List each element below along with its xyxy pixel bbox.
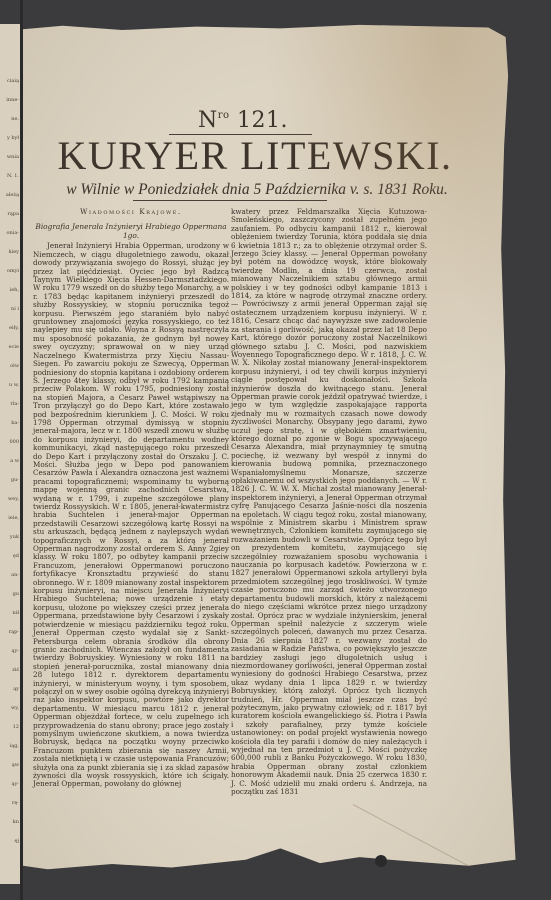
article-title: Biografia Jenerała Inżynieryi Hrabiego O…	[33, 222, 229, 240]
issue-number: Nro 121.	[23, 108, 463, 133]
adjacent-page-text-fragment: ąy	[1, 686, 19, 694]
adjacent-page-text-fragment: 12	[1, 724, 19, 732]
issue-suffix: ro	[218, 110, 230, 121]
issue-prefix: N	[198, 108, 218, 133]
adjacent-page-text-fragment: ka-	[1, 420, 19, 428]
adjacent-page-text-fragment: ąy-	[1, 781, 19, 789]
adjacent-page-text-fragment: ieie,	[1, 515, 19, 523]
paper-hole	[375, 855, 387, 867]
adjacent-page-text-fragment: omyi	[1, 268, 19, 276]
adjacent-page-text-fragment: ąy-	[1, 648, 19, 656]
adjacent-page-text-fragment: y był	[1, 135, 19, 143]
adjacent-page-text-fragment: ależą	[1, 192, 19, 200]
adjacent-page-text-fragment: ciaią	[1, 78, 19, 86]
newspaper-page: Nro 121. KURYER LITEWSKI. w Wilnie w Pon…	[23, 24, 518, 890]
adjacent-page-text-fragment: N. 1.	[1, 173, 19, 181]
adjacent-page-text-fragment: wey,	[1, 496, 19, 504]
adjacent-page-text-fragment: gu	[1, 591, 19, 599]
adjacent-page-text-fragment: nił	[1, 610, 19, 618]
adjacent-page-text-fragment: rąp-	[1, 629, 19, 637]
dateline: w Wilnie w Poniedziałek dnia 5 Październ…	[37, 181, 477, 199]
left-column: Wiadomości Krajowe. Biografia Jenerała I…	[33, 208, 229, 789]
adjacent-page-text-fragment: ne.	[1, 116, 19, 124]
adjacent-page-text-fragment: rąpa	[1, 211, 19, 219]
adjacent-page-text-fragment: inne-	[1, 97, 19, 105]
adjacent-page-text-fragment: ąw	[1, 762, 19, 770]
adjacent-page-text-fragment: ęd	[1, 553, 19, 561]
issue-number-value: 121.	[237, 108, 288, 133]
adjacent-page-text-fragment: rę-	[1, 800, 19, 808]
adjacent-page-text-fragment: wnia	[1, 154, 19, 162]
adjacent-page-text-fragment: ziś	[1, 667, 19, 675]
adjacent-page-text-fragment: olw	[1, 363, 19, 371]
adjacent-page-text-fragment: kn	[1, 819, 19, 827]
adjacent-page-text-fragment: wy,	[1, 705, 19, 713]
adjacent-page-text-fragment: yuk	[1, 534, 19, 542]
page-gutter-divider	[20, 0, 23, 900]
adjacent-page-edge: ciaiąinne-ne.y byłwniaN. 1.ależąrąpaonia…	[0, 24, 20, 884]
adjacent-page-text-fragment: ieh,	[1, 287, 19, 295]
adjacent-page-text-fragment: u w,	[1, 382, 19, 390]
newspaper-title: KURYER LITEWSKI.	[45, 132, 465, 179]
adjacent-page-text-fragment: kiey	[1, 249, 19, 257]
adjacent-page-text-fragment: onia-	[1, 230, 19, 238]
adjacent-page-text-fragment: gu-	[1, 477, 19, 485]
article-body-left: Jenerał Inżynieryi Hrabia Opperman, urod…	[33, 242, 229, 788]
adjacent-page-text-fragment: ni i	[1, 306, 19, 314]
adjacent-page-text-fragment: ęj	[1, 838, 19, 846]
adjacent-page-text-fragment: a w	[1, 458, 19, 466]
adjacent-page-text-fragment: ecie	[1, 344, 19, 352]
paper-crease	[353, 804, 486, 875]
section-heading: Wiadomości Krajowe.	[33, 208, 229, 216]
adjacent-page-text-fragment: an-	[1, 572, 19, 580]
adjacent-page-text-fragment: rla-	[1, 401, 19, 409]
adjacent-page-text-fragment: eiły,	[1, 325, 19, 333]
article-body-right: kwatery przez Feldmarszałka Xięcia Kutuz…	[231, 208, 427, 796]
adjacent-page-text-fragment: 000	[1, 439, 19, 447]
adjacent-page-text-fragment: iąg,	[1, 743, 19, 751]
masthead-rule-bottom	[133, 200, 327, 201]
right-column: kwatery przez Feldmarszałka Xięcia Kutuz…	[231, 208, 427, 796]
